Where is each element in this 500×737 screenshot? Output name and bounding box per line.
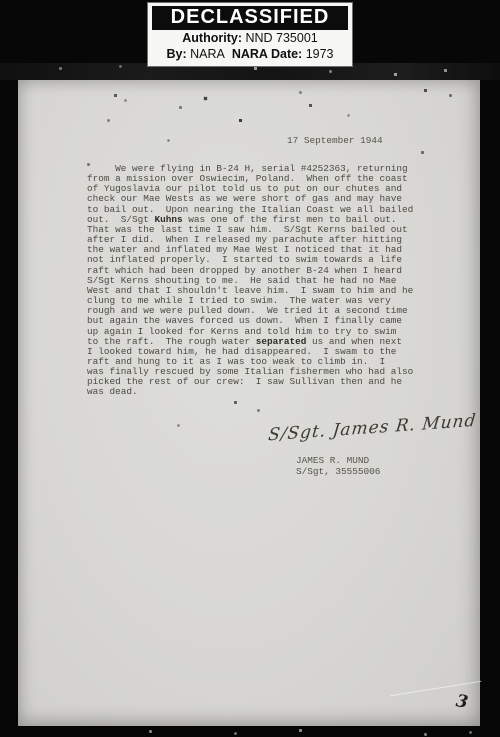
handwritten-signature: S/Sgt. James R. Mund xyxy=(267,411,479,446)
by-value: NARA xyxy=(190,47,225,61)
by-label: By: xyxy=(166,47,186,61)
declassified-stamp-title: DECLASSIFIED xyxy=(152,6,348,30)
nara-date-value: 1973 xyxy=(306,47,334,61)
declassified-authority-line: Authority: NND 735001 xyxy=(152,31,348,46)
dust-specks-light xyxy=(0,0,1,1)
dust-specks-dark xyxy=(18,80,19,81)
paper-sheet: 17 September 1944 We were flying in B-24… xyxy=(18,80,480,726)
statement-body-text: We were flying in B-24 H, serial #425236… xyxy=(87,164,413,398)
nara-date-label: NARA Date: xyxy=(232,47,302,61)
authority-value: NND 735001 xyxy=(245,31,317,45)
page-number: 3 xyxy=(454,691,469,713)
typed-signer-name: JAMES R. MUND xyxy=(296,455,369,466)
declassified-stamp: DECLASSIFIED Authority: NND 735001 By: N… xyxy=(147,2,353,67)
scanned-document-page: DECLASSIFIED Authority: NND 735001 By: N… xyxy=(0,0,500,737)
authority-label: Authority: xyxy=(182,31,242,45)
declassified-by-line: By: NARANARA Date: 1973 xyxy=(152,47,348,62)
document-date: 17 September 1944 xyxy=(287,135,383,146)
typed-rank-serial: S/Sgt, 35555006 xyxy=(296,466,380,477)
